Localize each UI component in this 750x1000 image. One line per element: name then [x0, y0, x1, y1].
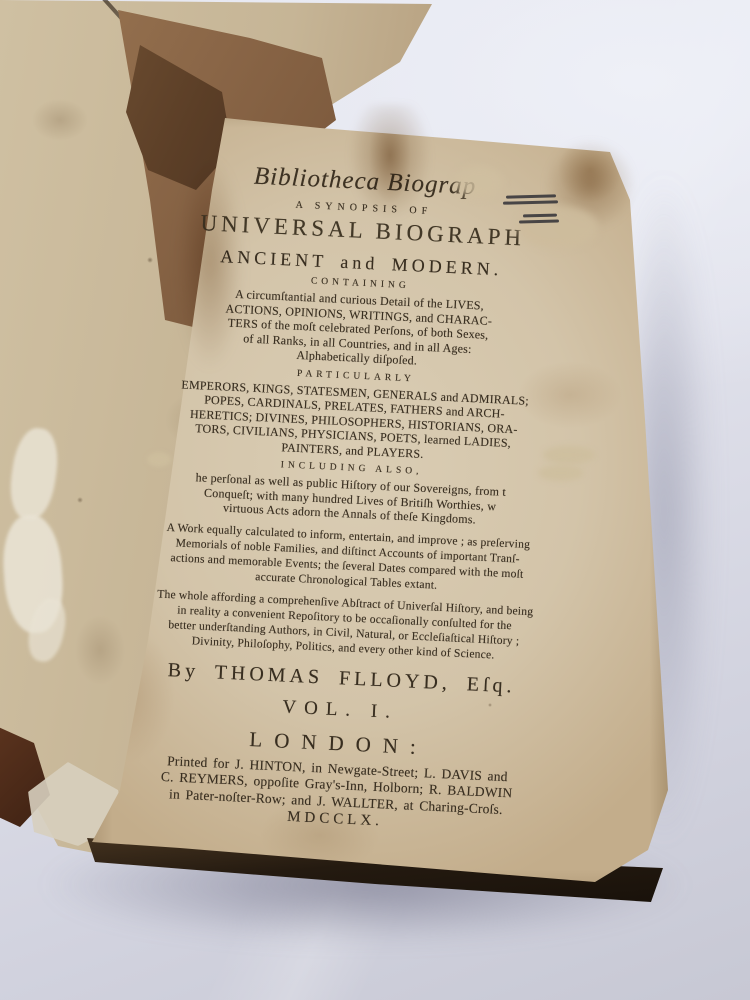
- stain: [178, 158, 242, 368]
- work-paragraph: A Work equally calculated to inform, ent…: [136, 518, 558, 598]
- photo-backdrop: Bibliotheca Biograp A SYNOPSIS OF UNIVER…: [0, 0, 750, 1000]
- worn-spot: [518, 206, 598, 248]
- worn-spot: [455, 166, 503, 198]
- worn-spot: [538, 465, 584, 481]
- stain: [335, 105, 445, 275]
- abstract-paragraph: The whole affording a comprehenſive Abſt…: [133, 585, 555, 665]
- worn-spot: [543, 446, 595, 464]
- worn-spot: [147, 452, 171, 467]
